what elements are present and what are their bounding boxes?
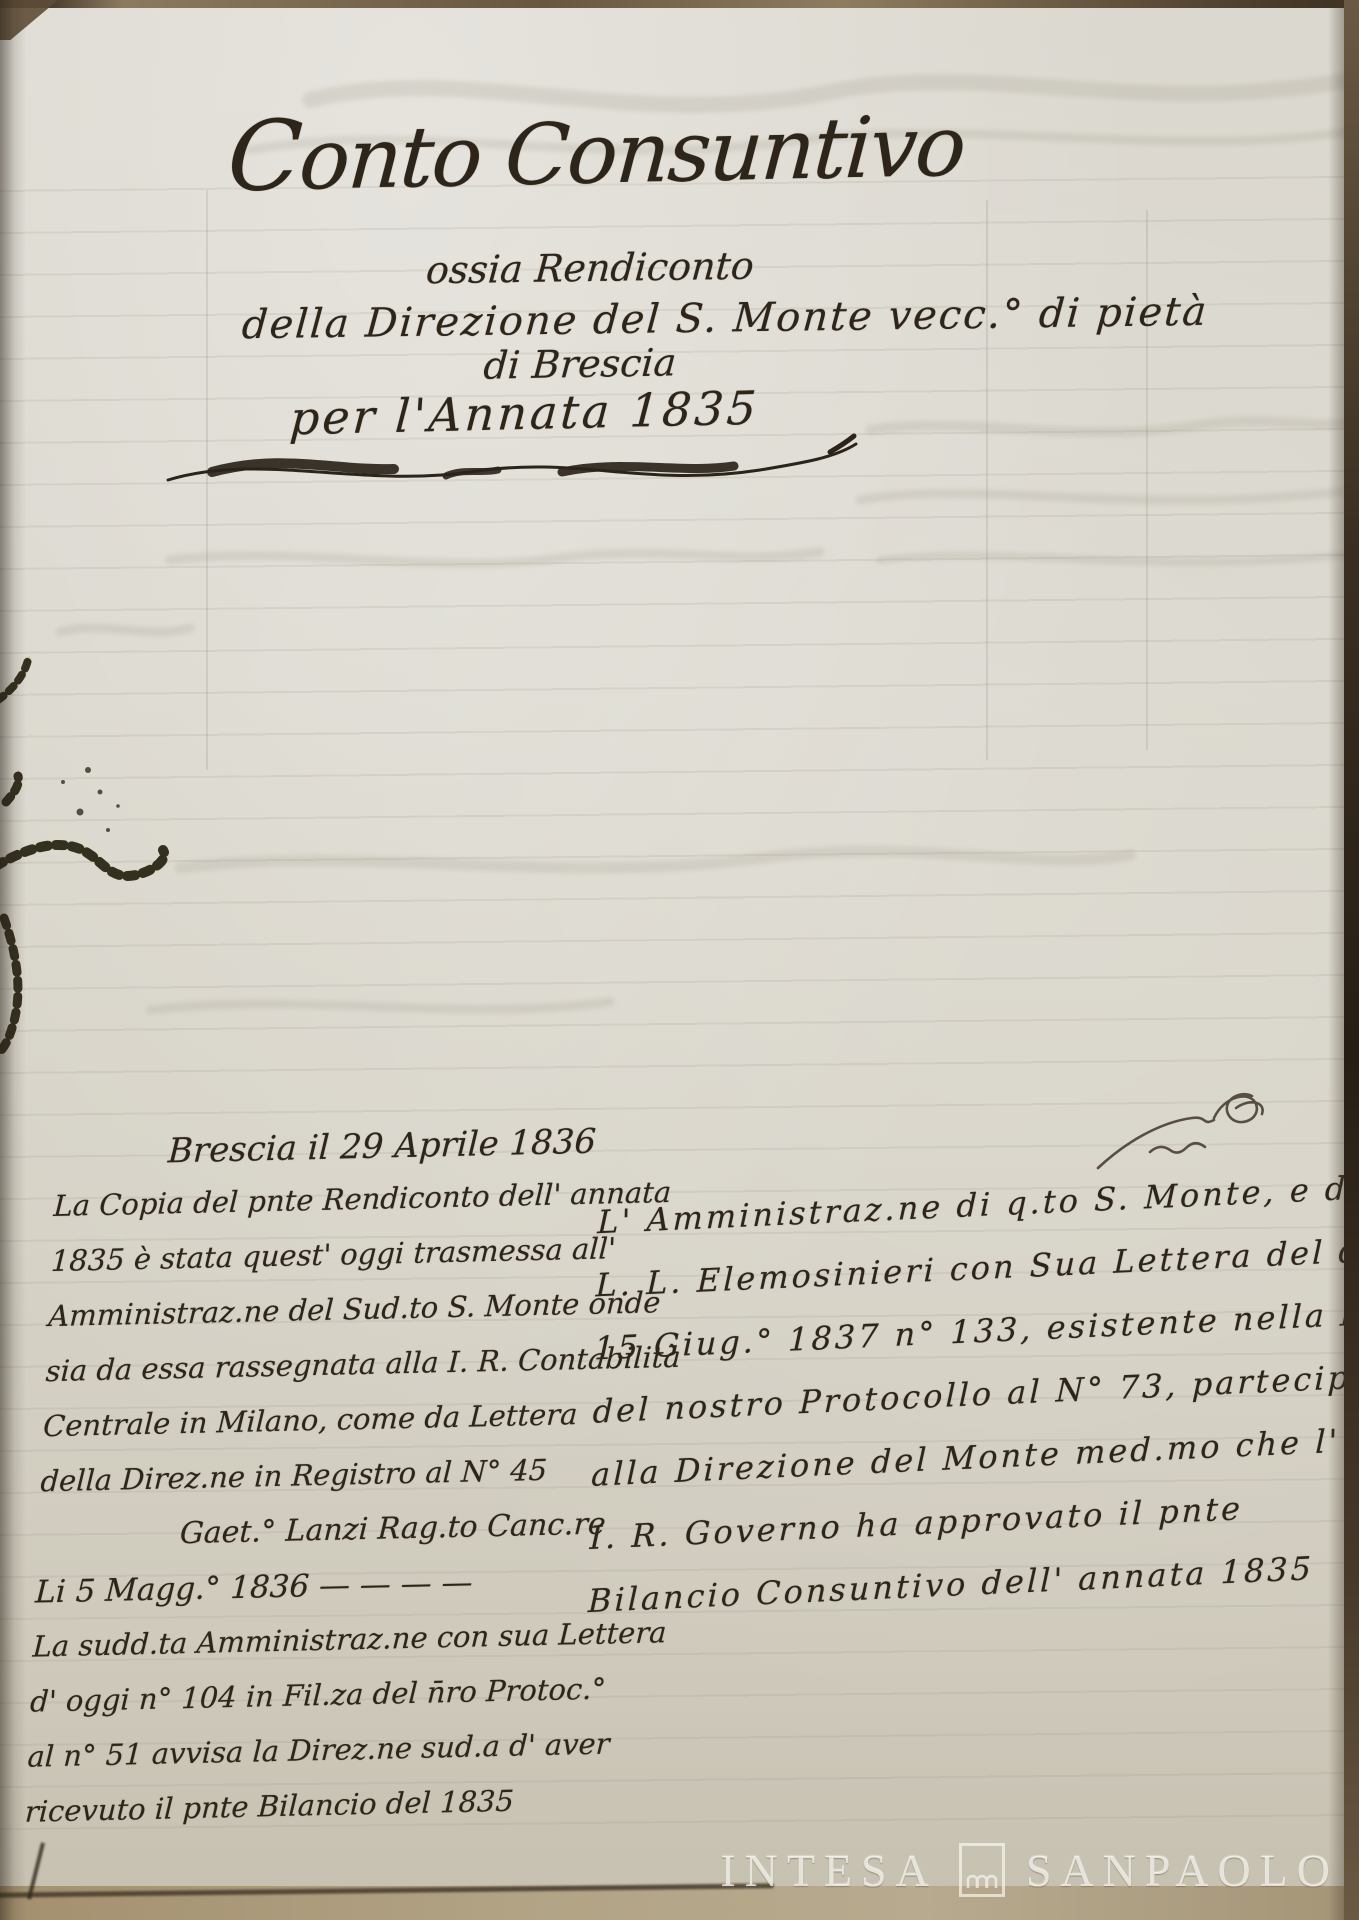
paper-sheet: Conto Consuntivo ossia Rendiconto della … — [0, 0, 1359, 1920]
watermark-text-right: SANPAOLO — [1026, 1844, 1339, 1897]
book-edge-top — [0, 0, 1359, 8]
manuscript-photo: Conto Consuntivo ossia Rendiconto della … — [0, 0, 1359, 1920]
book-edge-left — [0, 0, 26, 1920]
binding-thread — [0, 0, 1359, 1920]
book-edge-right — [1344, 0, 1359, 1920]
page-curl-shadow — [1328, 0, 1344, 1920]
intesa-sanpaolo-arches-logo-icon — [958, 1842, 1006, 1898]
archive-watermark: INTESA SANPAOLO — [720, 1842, 1339, 1898]
ink-specks — [61, 767, 120, 832]
watermark-text-left: INTESA — [720, 1844, 938, 1897]
